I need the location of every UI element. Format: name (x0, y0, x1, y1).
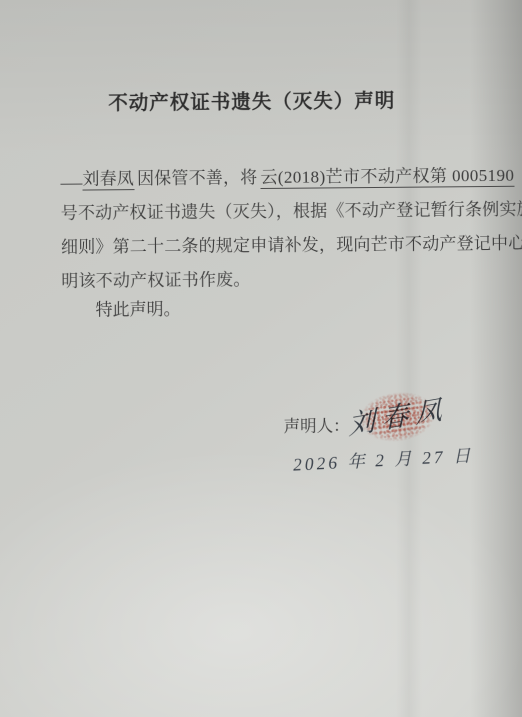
paragraph-line-1: 刘春凤因保管不善，将云(2018)芒市不动产权第 0005190 (60, 159, 505, 197)
closing-statement: 特此声明。 (61, 293, 180, 328)
underline-blank (60, 183, 82, 185)
photo-background: 不动产权证书遗失（灭失）声明 刘春凤因保管不善，将云(2018)芒市不动产权第 … (0, 0, 522, 717)
certificate-number: 云(2018)芒市不动产权第 0005190 (260, 166, 514, 189)
document-title: 不动产权证书遗失（灭失）声明 (0, 84, 506, 116)
paragraph-line-2: 号不动产权证书遗失（灭失），根据《不动产登记暂行条例实施 (61, 193, 506, 231)
line1-middle-text: 因保管不善，将 (137, 168, 258, 188)
document-page: 不动产权证书遗失（灭失）声明 刘春凤因保管不善，将云(2018)芒市不动产权第 … (0, 0, 522, 717)
body-paragraph: 刘春凤因保管不善，将云(2018)芒市不动产权第 0005190 号不动产权证书… (60, 159, 506, 299)
declarant-name: 刘春凤 (82, 169, 134, 190)
signature-label: 声明人： (283, 412, 349, 437)
paragraph-line-3: 细则》第二十二条的规定申请补发，现向芒市不动产登记中心声 (61, 227, 506, 265)
